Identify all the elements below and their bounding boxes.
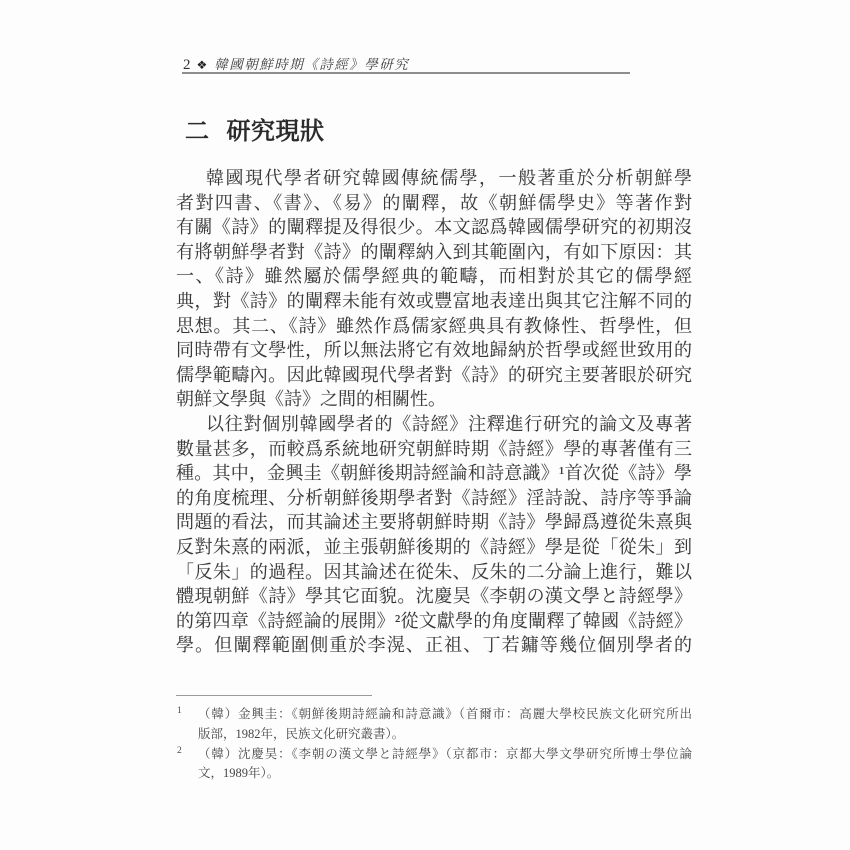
footnotes: 1 （韓）金興圭：《朝鮮後期詩經論和詩意識》（首爾市：高麗大學校民族文化研究所出… [176, 705, 692, 784]
text-line: 有關《詩》的闡釋提及得很少。本文認爲韓國儒學研究的初期沒 [176, 215, 692, 240]
footnote-line: （韓）金興圭：《朝鮮後期詩經論和詩意識》（首爾市：高麗大學校民族文化研究所出 [198, 705, 692, 725]
footnote-line: （韓）沈慶昊：《李朝の漢文學と詩經學》（京都市：京都大學文學研究所博士學位論 [198, 745, 692, 765]
diamond-ornament-icon: ❖ [197, 58, 208, 73]
text-line: 學。但闡釋範圍側重於李滉、正祖、丁若鏞等幾位個別學者的 [176, 633, 692, 658]
footnote-marker: 2 [177, 742, 182, 762]
running-header-title: 韓國朝鮮時期《詩經》學研究 [214, 53, 409, 73]
text-line: 一、《詩》雖然屬於儒學經典的範疇，而相對於其它的儒學經 [176, 264, 692, 289]
footnote: 1 （韓）金興圭：《朝鮮後期詩經論和詩意識》（首爾市：高麗大學校民族文化研究所出… [176, 705, 692, 745]
section-heading: 二研究現狀 [185, 120, 325, 144]
body-text: 韓國現代學者研究韓國傳統儒學，一般著重於分析朝鮮學 者對四書、《書》、《易》的闡… [176, 166, 692, 658]
footnote: 2 （韓）沈慶昊：《李朝の漢文學と詩經學》（京都市：京都大學文學研究所博士學位論… [176, 745, 692, 785]
text-line: 的第四章《詩經論的展開》²從文獻學的角度闡釋了韓國《詩經》 [176, 609, 692, 634]
text-line: 以往對個別韓國學者的《詩經》注釋進行研究的論文及專著 [176, 412, 692, 437]
section-title: 研究現狀 [227, 118, 325, 145]
text-line: 有將朝鮮學者對《詩》的闡釋納入到其範圍內，有如下原因：其 [176, 240, 692, 265]
text-line: 「反朱」的過程。因其論述在從朱、反朱的二分論上進行，難以 [176, 560, 692, 585]
text-line: 思想。其二、《詩》雖然作爲儒家經典具有教條性、哲學性，但 [176, 314, 692, 339]
text-line: 的角度梳理、分析朝鮮後期學者對《詩經》淫詩說、詩序等爭論 [176, 486, 692, 511]
text-line: 問題的看法，而其論述主要將朝鮮時期《詩》學歸爲遵從朱熹與 [176, 510, 692, 535]
text-line: 種。其中，金興圭《朝鮮後期詩經論和詩意識》¹首次從《詩》學 [176, 461, 692, 486]
header-divider [182, 72, 630, 74]
section-number: 二 [185, 118, 210, 145]
paragraph: 韓國現代學者研究韓國傳統儒學，一般著重於分析朝鮮學 者對四書、《書》、《易》的闡… [176, 166, 692, 412]
text-line: 體現朝鮮《詩》學其它面貌。沈慶昊《李朝の漢文學と詩經學》 [176, 584, 692, 609]
footnote-divider [176, 695, 372, 696]
footnote-marker: 1 [177, 702, 182, 722]
text-line: 反對朱熹的兩派，並主張朝鮮後期的《詩經》學是從「從朱」到 [176, 535, 692, 560]
text-line: 典，對《詩》的闡釋未能有效或豐富地表達出與其它注解不同的 [176, 289, 692, 314]
text-line: 者對四書、《書》、《易》的闡釋，故《朝鮮儒學史》等著作對 [176, 191, 692, 216]
paragraph: 以往對個別韓國學者的《詩經》注釋進行研究的論文及專著 數量甚多，而較爲系統地研究… [176, 412, 692, 658]
text-line: 朝鮮文學與《詩》之間的相關性。 [176, 387, 692, 412]
text-line: 數量甚多，而較爲系統地研究朝鮮時期《詩經》學的專著僅有三 [176, 437, 692, 462]
text-line: 韓國現代學者研究韓國傳統儒學，一般著重於分析朝鮮學 [176, 166, 692, 191]
running-header: 2 ❖ 韓國朝鮮時期《詩經》學研究 [183, 53, 409, 74]
footnote-line: 文，1989年）。 [198, 764, 692, 784]
text-line: 同時帶有文學性，所以無法將它有效地歸納於哲學或經世致用的 [176, 338, 692, 363]
footnote-line: 版部，1982年，民族文化研究叢書）。 [198, 725, 692, 745]
text-line: 儒學範疇內。因此韓國現代學者對《詩》的研究主要著眼於研究 [176, 363, 692, 388]
scanned-book-page: 2 ❖ 韓國朝鮮時期《詩經》學研究 二研究現狀 韓國現代學者研究韓國傳統儒學，一… [0, 0, 850, 850]
